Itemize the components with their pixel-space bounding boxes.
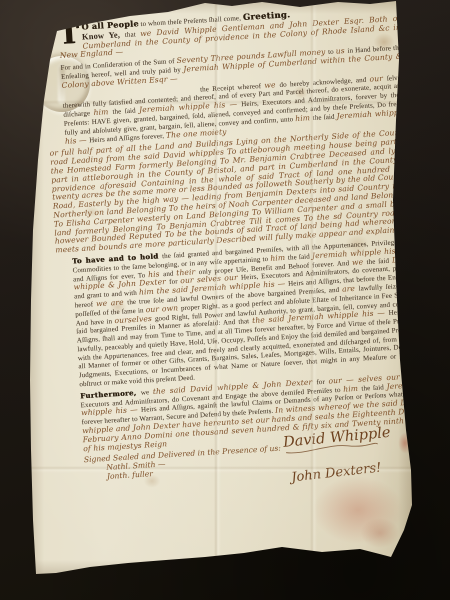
handwritten-text-segment: or full half part of all the Land and Bu… — [49, 128, 412, 255]
handwritten-text-segment: him — [93, 107, 112, 117]
printed-text-segment: for — [316, 377, 329, 386]
handwritten-text-segment: him — [295, 113, 313, 123]
deed-heading: TO all People to whom theſe Preſents ſha… — [58, 4, 425, 454]
handwritten-text-segment: we — [352, 257, 367, 267]
handwritten-text-segment: our — [369, 73, 387, 83]
property-description: or full half part of all the Land and Bu… — [49, 129, 413, 256]
printed-text-segment: we — [141, 388, 153, 397]
habendum-clause: To have and to hold the ſaid granted and… — [72, 237, 421, 389]
deed-paragraphs: Know Ye, that we David Whipple Gentleman… — [59, 13, 425, 453]
signature-john-dexter: John Dexters! — [291, 456, 428, 486]
signature-column: David Whipple John Dexters! — [283, 424, 428, 482]
handwritten-text-segment: are — [342, 284, 359, 294]
attestation-block: Signed Sealed and Delivered in the Prese… — [84, 445, 286, 495]
signature-terminal-flourish: ! — [375, 461, 382, 476]
handwritten-text-segment: him — [270, 253, 288, 263]
signature-name: John Dexters — [291, 462, 377, 486]
deed-text-content: TO all People to whom theſe Preſents ſha… — [58, 4, 427, 495]
deed-paper: TO all People to whom theſe Preſents ſha… — [28, 0, 414, 578]
photo-of-colonial-deed: { "meta": { "description": "Photograph o… — [0, 0, 450, 600]
printed-text-segment: the ſaid — [313, 112, 337, 121]
handwritten-text-segment: we — [264, 80, 280, 90]
